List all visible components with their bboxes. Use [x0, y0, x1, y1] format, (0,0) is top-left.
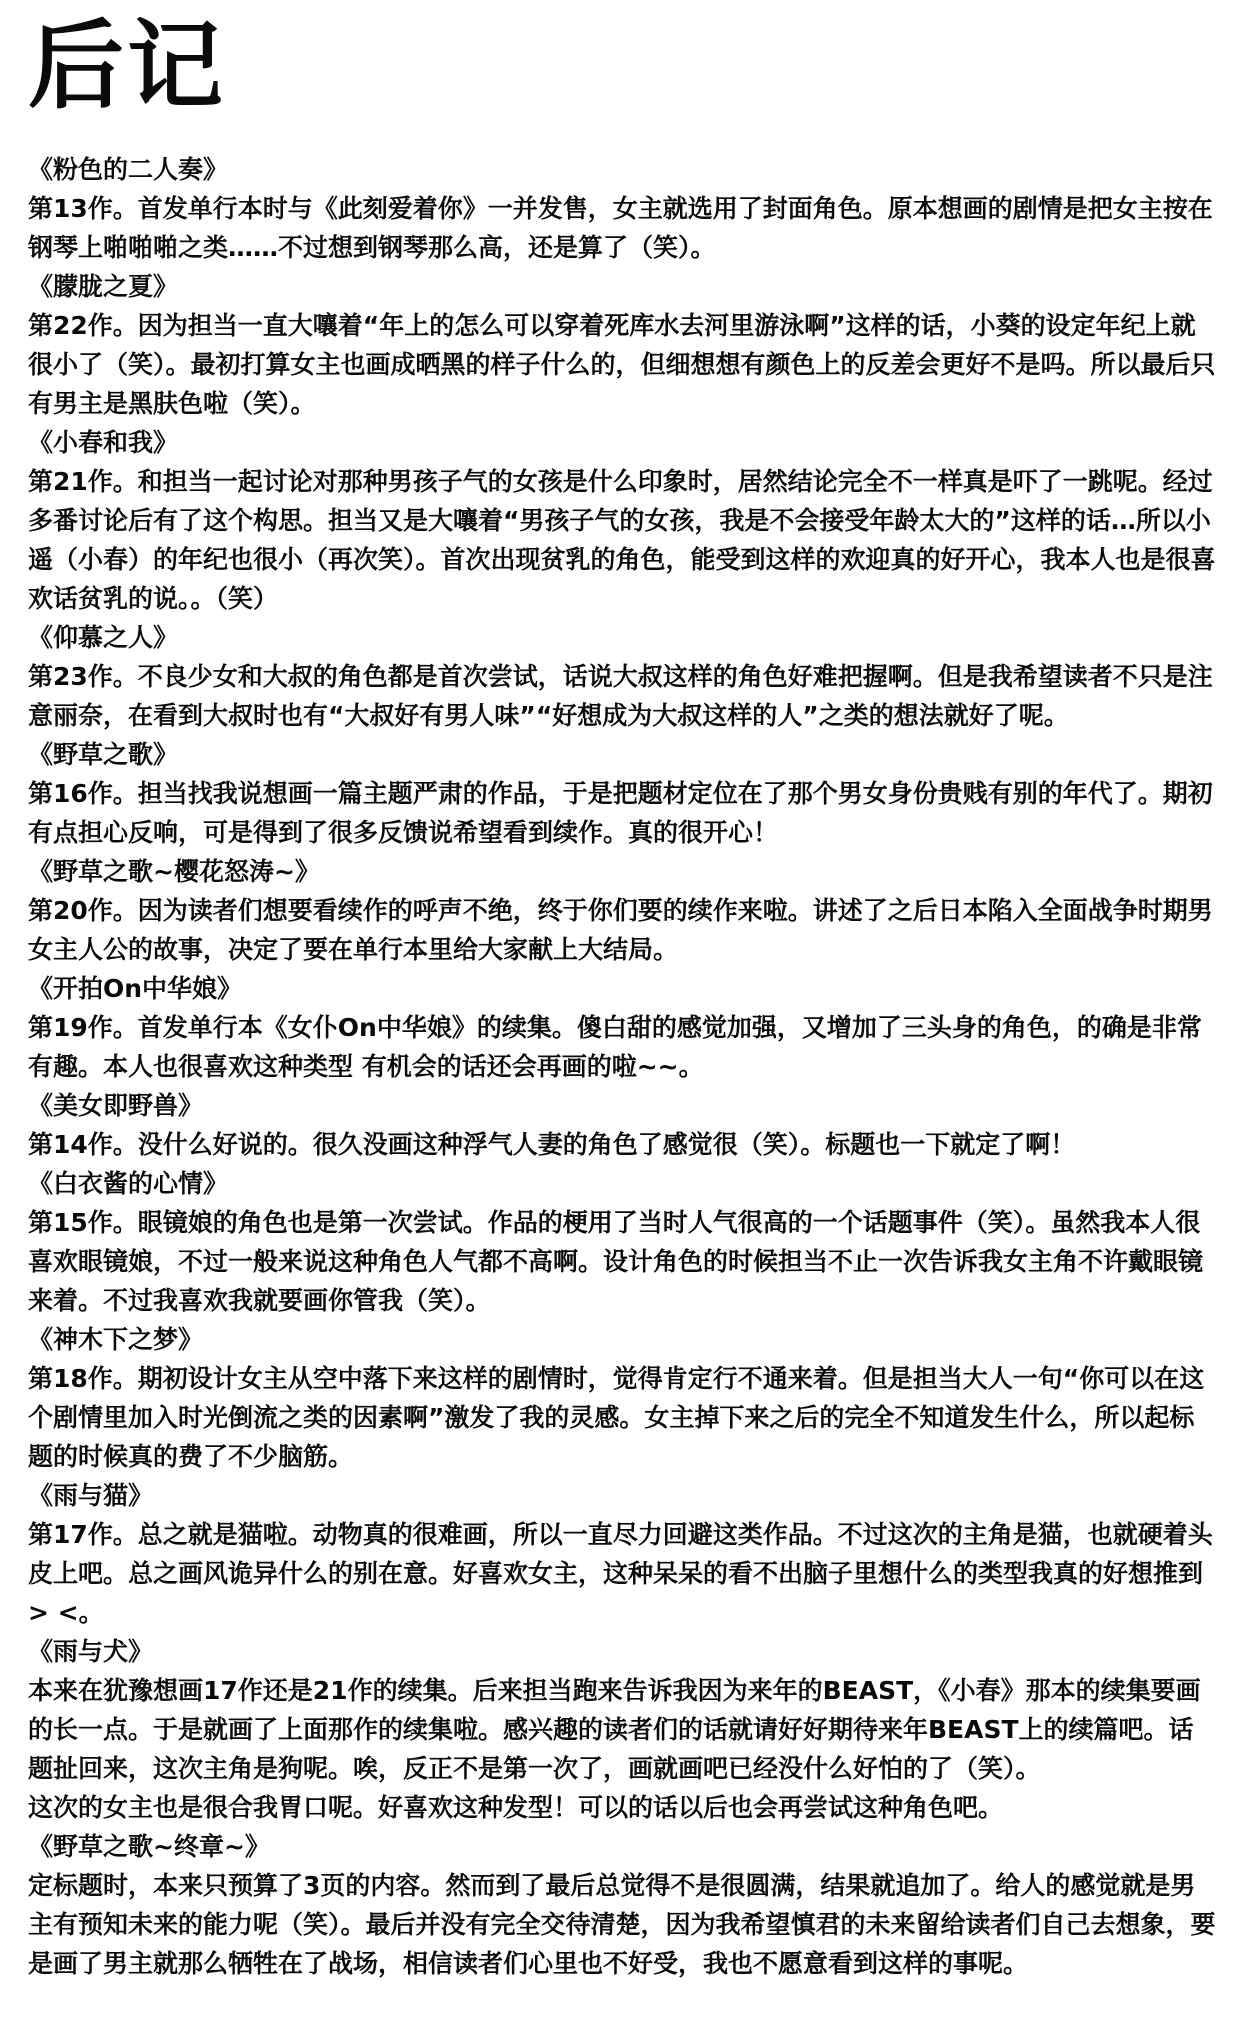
work-title: 《小春和我》	[28, 423, 1216, 462]
work-title: 《开拍On中华娘》	[28, 969, 1216, 1008]
work-title: 《雨与猫》	[28, 1476, 1216, 1515]
afterword-page: 后记 《粉色的二人奏》 第13作。首发单行本时与《此刻爱着你》一并发售，女主就选…	[0, 0, 1242, 2023]
work-paragraph: 第13作。首发单行本时与《此刻爱着你》一并发售，女主就选用了封面角色。原本想画的…	[28, 189, 1216, 267]
work-section: 《雨与犬》 本来在犹豫想画17作还是21作的续集。后来担当跑来告诉我因为来年的B…	[28, 1632, 1216, 1827]
work-body: 第13作。首发单行本时与《此刻爱着你》一并发售，女主就选用了封面角色。原本想画的…	[28, 189, 1216, 267]
work-section: 《神木下之梦》 第18作。期初设计女主从空中落下来这样的剧情时，觉得肯定行不通来…	[28, 1320, 1216, 1476]
work-section: 《粉色的二人奏》 第13作。首发单行本时与《此刻爱着你》一并发售，女主就选用了封…	[28, 150, 1216, 267]
work-body: 第20作。因为读者们想要看续作的呼声不绝，终于你们要的续作来啦。讲述了之后日本陷…	[28, 891, 1216, 969]
work-section: 《朦胧之夏》 第22作。因为担当一直大嚷着“年上的怎么可以穿着死库水去河里游泳啊…	[28, 267, 1216, 423]
work-paragraph: 第19作。首发单行本《女仆On中华娘》的续集。傻白甜的感觉加强，又增加了三头身的…	[28, 1008, 1216, 1086]
work-section: 《小春和我》 第21作。和担当一起讨论对那种男孩子气的女孩是什么印象时，居然结论…	[28, 423, 1216, 618]
work-paragraph: 第14作。没什么好说的。很久没画这种浮气人妻的角色了感觉很（笑）。标题也一下就定…	[28, 1125, 1216, 1164]
work-body: 第14作。没什么好说的。很久没画这种浮气人妻的角色了感觉很（笑）。标题也一下就定…	[28, 1125, 1216, 1164]
work-section: 《野草之歌~樱花怒涛~》 第20作。因为读者们想要看续作的呼声不绝，终于你们要的…	[28, 852, 1216, 969]
work-title: 《粉色的二人奏》	[28, 150, 1216, 189]
work-paragraph: 第23作。不良少女和大叔的角色都是首次尝试，话说大叔这样的角色好难把握啊。但是我…	[28, 657, 1216, 735]
work-body: 第19作。首发单行本《女仆On中华娘》的续集。傻白甜的感觉加强，又增加了三头身的…	[28, 1008, 1216, 1086]
work-body: 第23作。不良少女和大叔的角色都是首次尝试，话说大叔这样的角色好难把握啊。但是我…	[28, 657, 1216, 735]
work-body: 本来在犹豫想画17作还是21作的续集。后来担当跑来告诉我因为来年的BEAST，《…	[28, 1671, 1216, 1827]
work-section: 《仰慕之人》 第23作。不良少女和大叔的角色都是首次尝试，话说大叔这样的角色好难…	[28, 618, 1216, 735]
work-section: 《野草之歌》 第16作。担当找我说想画一篇主题严肃的作品，于是把题材定位在了那个…	[28, 735, 1216, 852]
work-title: 《雨与犬》	[28, 1632, 1216, 1671]
work-title: 《朦胧之夏》	[28, 267, 1216, 306]
work-body: 第18作。期初设计女主从空中落下来这样的剧情时，觉得肯定行不通来着。但是担当大人…	[28, 1359, 1216, 1476]
work-body: 第17作。总之就是猫啦。动物真的很难画，所以一直尽力回避这类作品。不过这次的主角…	[28, 1515, 1216, 1632]
work-paragraph: 第15作。眼镜娘的角色也是第一次尝试。作品的梗用了当时人气很高的一个话题事件（笑…	[28, 1203, 1216, 1320]
work-title: 《神木下之梦》	[28, 1320, 1216, 1359]
work-paragraph: 第20作。因为读者们想要看续作的呼声不绝，终于你们要的续作来啦。讲述了之后日本陷…	[28, 891, 1216, 969]
work-section: 《开拍On中华娘》 第19作。首发单行本《女仆On中华娘》的续集。傻白甜的感觉加…	[28, 969, 1216, 1086]
work-paragraph: 第18作。期初设计女主从空中落下来这样的剧情时，觉得肯定行不通来着。但是担当大人…	[28, 1359, 1216, 1476]
work-title: 《野草之歌~樱花怒涛~》	[28, 852, 1216, 891]
work-section: 《雨与猫》 第17作。总之就是猫啦。动物真的很难画，所以一直尽力回避这类作品。不…	[28, 1476, 1216, 1632]
work-body: 第21作。和担当一起讨论对那种男孩子气的女孩是什么印象时，居然结论完全不一样真是…	[28, 462, 1216, 618]
work-title: 《野草之歌~终章~》	[28, 1827, 1216, 1866]
work-title: 《仰慕之人》	[28, 618, 1216, 657]
work-section: 《野草之歌~终章~》 定标题时，本来只预算了3页的内容。然而到了最后总觉得不是很…	[28, 1827, 1216, 1983]
work-body: 定标题时，本来只预算了3页的内容。然而到了最后总觉得不是很圆满，结果就追加了。给…	[28, 1866, 1216, 1983]
work-body: 第22作。因为担当一直大嚷着“年上的怎么可以穿着死库水去河里游泳啊”这样的话，小…	[28, 306, 1216, 423]
work-paragraph: 第16作。担当找我说想画一篇主题严肃的作品，于是把题材定位在了那个男女身份贵贱有…	[28, 774, 1216, 852]
work-title: 《野草之歌》	[28, 735, 1216, 774]
work-paragraph: 这次的女主也是很合我胃口呢。好喜欢这种发型！可以的话以后也会再尝试这种角色吧。	[28, 1788, 1216, 1827]
work-paragraph: 第17作。总之就是猫啦。动物真的很难画，所以一直尽力回避这类作品。不过这次的主角…	[28, 1515, 1216, 1632]
work-body: 第16作。担当找我说想画一篇主题严肃的作品，于是把题材定位在了那个男女身份贵贱有…	[28, 774, 1216, 852]
work-section: 《白衣酱的心情》 第15作。眼镜娘的角色也是第一次尝试。作品的梗用了当时人气很高…	[28, 1164, 1216, 1320]
work-body: 第15作。眼镜娘的角色也是第一次尝试。作品的梗用了当时人气很高的一个话题事件（笑…	[28, 1203, 1216, 1320]
work-paragraph: 第21作。和担当一起讨论对那种男孩子气的女孩是什么印象时，居然结论完全不一样真是…	[28, 462, 1216, 618]
work-section: 《美女即野兽》 第14作。没什么好说的。很久没画这种浮气人妻的角色了感觉很（笑）…	[28, 1086, 1216, 1164]
work-title: 《白衣酱的心情》	[28, 1164, 1216, 1203]
work-paragraph: 定标题时，本来只预算了3页的内容。然而到了最后总觉得不是很圆满，结果就追加了。给…	[28, 1866, 1216, 1983]
sections-container: 《粉色的二人奏》 第13作。首发单行本时与《此刻爱着你》一并发售，女主就选用了封…	[28, 150, 1216, 1983]
work-paragraph: 第22作。因为担当一直大嚷着“年上的怎么可以穿着死库水去河里游泳啊”这样的话，小…	[28, 306, 1216, 423]
page-title: 后记	[28, 16, 1216, 118]
work-paragraph: 本来在犹豫想画17作还是21作的续集。后来担当跑来告诉我因为来年的BEAST，《…	[28, 1671, 1216, 1788]
work-title: 《美女即野兽》	[28, 1086, 1216, 1125]
